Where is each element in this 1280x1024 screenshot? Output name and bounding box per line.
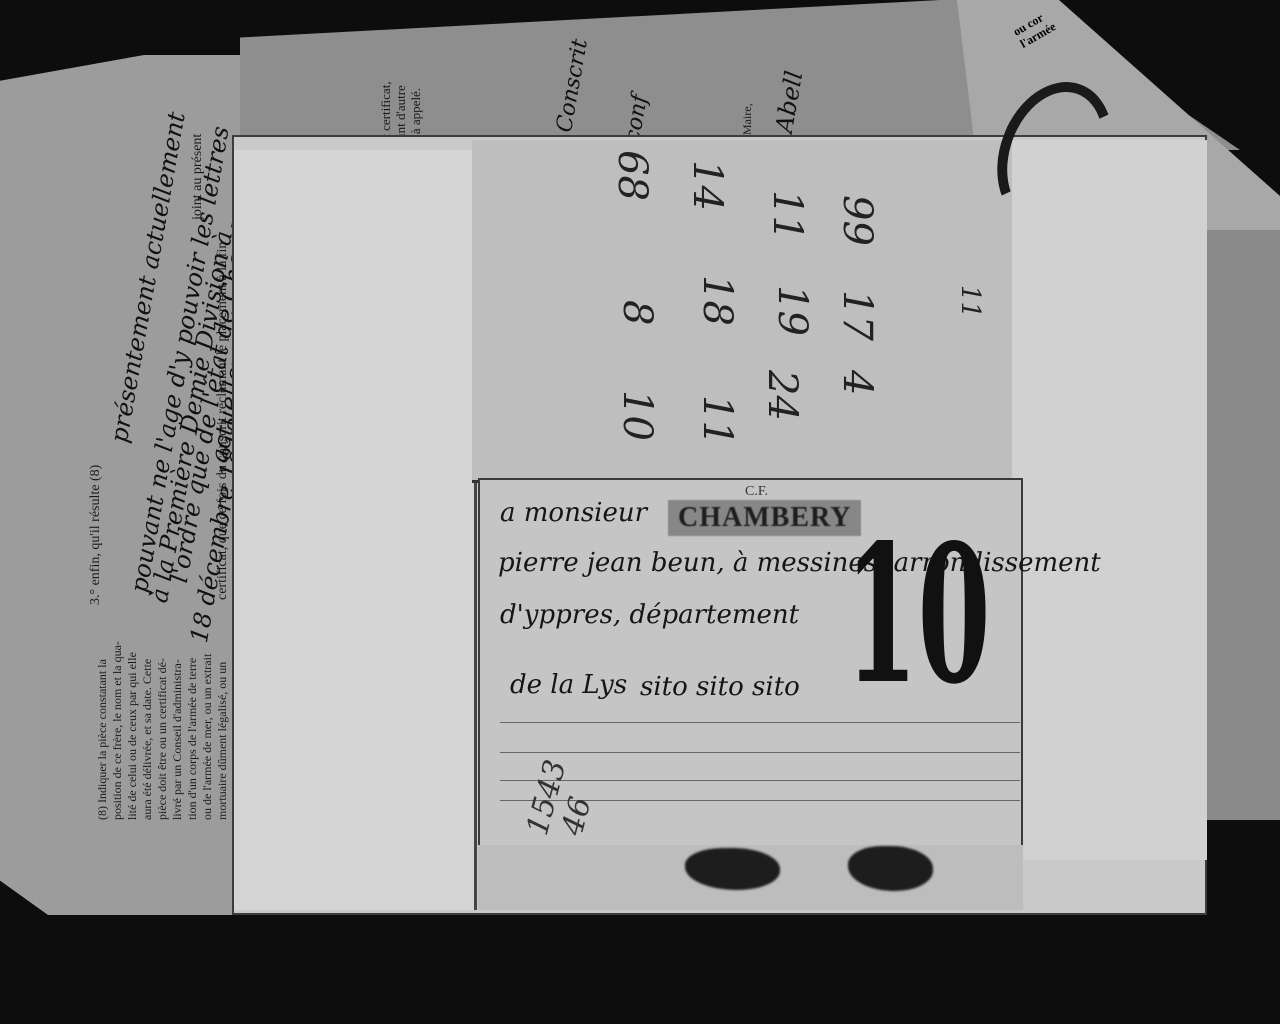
tally-number: 18 — [694, 275, 740, 326]
postmark-chambery: CHAMBERY — [668, 500, 861, 536]
tally-number: 11 — [764, 190, 810, 241]
address-line-4: de la Lys — [510, 670, 627, 700]
tally-number: 14 — [684, 160, 730, 211]
address-line-1: a monsieur — [500, 498, 647, 528]
printed-clause: 3.° enfin, qu'il résulte (8) — [88, 465, 103, 605]
tally-number: 17 — [834, 290, 880, 341]
tally-number: 68 — [609, 150, 655, 201]
address-line-4-extra: sito sito sito — [640, 672, 800, 702]
tally-number: 24 — [759, 370, 805, 421]
pencil-rule — [500, 780, 1020, 781]
letter-left-flap — [234, 150, 477, 910]
tally-number: 99 — [834, 195, 880, 246]
tally-number: 11 — [694, 395, 740, 446]
letter-right-flap — [1010, 140, 1207, 860]
address-line-3: d'yppres, département — [500, 600, 799, 630]
letter-upper-panel — [472, 140, 1012, 483]
postage-due-mark: 10 — [845, 520, 990, 710]
tally-number: 11 — [955, 285, 985, 318]
address-line-2: pierre jean beun, à messines, arrondisse… — [498, 548, 1101, 578]
postmark-code: C.F. — [745, 484, 768, 500]
tally-number: 4 — [834, 370, 880, 395]
printed-top-fragment: Maire, — [740, 103, 755, 135]
tally-number: 19 — [769, 285, 815, 336]
tally-number: 8 — [614, 300, 660, 325]
pencil-rule — [500, 752, 1020, 753]
tally-number: 10 — [614, 390, 660, 441]
